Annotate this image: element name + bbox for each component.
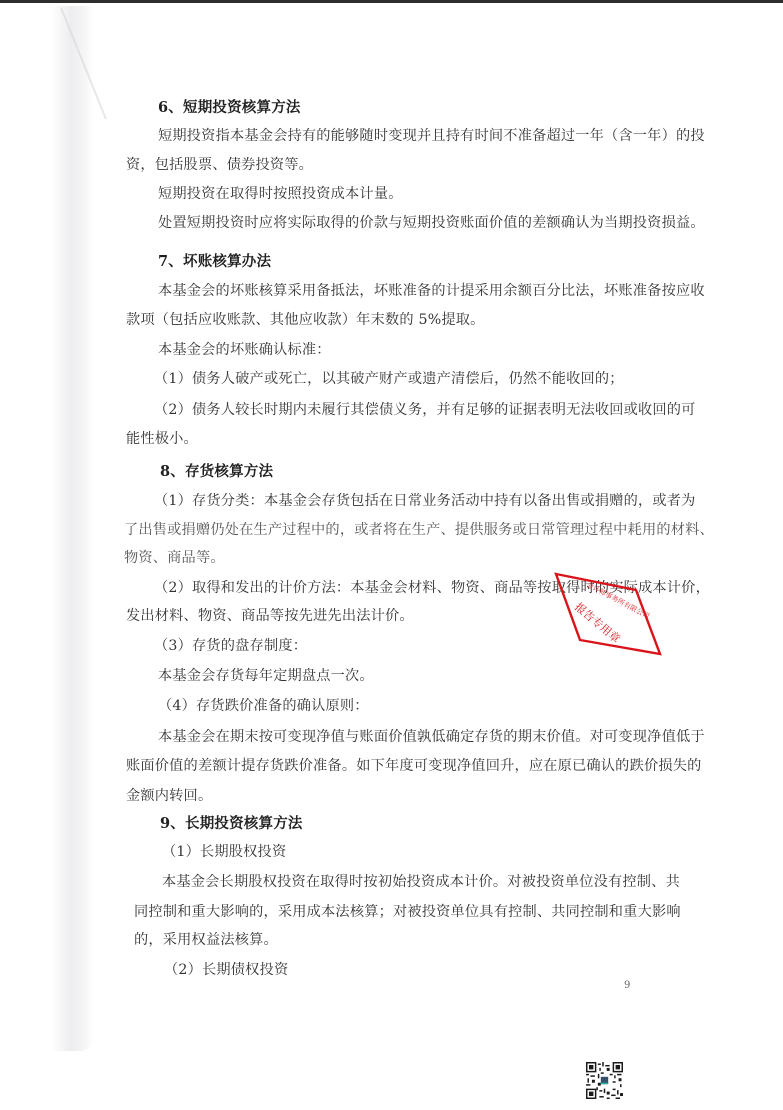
paragraph-line: 物资、商品等。 <box>124 548 225 568</box>
page-number: 9 <box>624 980 630 991</box>
paragraph-line: 本基金会长期股权投资在取得时按初始投资成本计价。对被投资单位没有控制、共 <box>162 872 680 892</box>
paragraph-line: （1）债务人破产或死亡，以其破产财产或遗产清偿后，仍然不能收回的； <box>154 369 624 389</box>
paragraph-line: 资，包括股票、债券投资等。 <box>126 155 313 175</box>
section-heading-7: 7、坏账核算办法 <box>158 252 271 272</box>
paragraph-line: （3）存货的盘存制度： <box>154 636 307 656</box>
paragraph-line: （2）取得和发出的计价方法：本基金会材料、物资、商品等按取得时的实际成本计价， <box>154 578 710 598</box>
paragraph-line: 了出售或捐赠仍处在生产过程中的，或者将在生产、提供服务或日常管理过程中耗用的材料… <box>124 520 714 540</box>
paragraph-line: 发出材料、物资、商品等按先进先出法计价。 <box>126 606 414 626</box>
paragraph-line: 本基金会在期末按可变现净值与账面价值孰低确定存货的期末价值。对可变现净值低于 <box>158 727 705 747</box>
paragraph-line: 账面价值的差额计提存货跌价准备。如下年度可变现净值回升，应在原已确认的跌价损失的 <box>126 756 702 776</box>
paragraph-line: 短期投资指本基金会持有的能够随时变现并且持有时间不准备超过一年（含一年）的投 <box>158 126 705 146</box>
paragraph-line: 金额内转回。 <box>126 786 212 806</box>
section-heading-9: 9、长期投资核算方法 <box>160 814 303 834</box>
paragraph-line: 能性极小。 <box>126 429 198 449</box>
paragraph-line: （2）债务人较长时期内未履行其偿债义务，并有足够的证据表明无法收回或收回的可 <box>154 400 696 420</box>
paragraph-line: （4）存货跌价准备的确认原则： <box>158 696 369 716</box>
paragraph-line: 本基金会的坏账核算采用备抵法，坏账准备的计提采用余额百分比法，坏账准备按应收 <box>158 281 705 301</box>
section-heading-8: 8、存货核算方法 <box>160 462 273 482</box>
paragraph-line: （2）长期债权投资 <box>164 960 288 980</box>
qr-code-icon <box>586 1062 623 1099</box>
paragraph-line: 的，采用权益法核算。 <box>134 930 278 950</box>
document-page: 6、短期投资核算方法 短期投资指本基金会持有的能够随时变现并且持有时间不准备超过… <box>0 0 783 1110</box>
stamp-center-text: 报告专用章 <box>572 600 623 646</box>
paragraph-line: （1）存货分类：本基金会存货包括在日常业务活动中持有以备出售或捐赠的，或者为 <box>154 491 696 511</box>
paragraph-line: 本基金会存货每年定期盘点一次。 <box>158 666 374 686</box>
paragraph-line: 本基金会的坏账确认标准： <box>158 340 331 360</box>
paragraph-line: 短期投资在取得时按照投资成本计量。 <box>158 184 403 204</box>
paragraph-line: 同控制和重大影响的，采用成本法核算；对被投资单位具有控制、共同控制和重大影响 <box>134 902 681 922</box>
section-heading-6: 6、短期投资核算方法 <box>158 98 301 118</box>
paragraph-line: 款项（包括应收账款、其他应收款）年末数的 5%提取。 <box>126 310 485 330</box>
paragraph-line: （1）长期股权投资 <box>162 842 286 862</box>
paragraph-line: 处置短期投资时应将实际取得的价款与短期投资账面价值的差额确认为当期投资损益。 <box>158 213 705 233</box>
